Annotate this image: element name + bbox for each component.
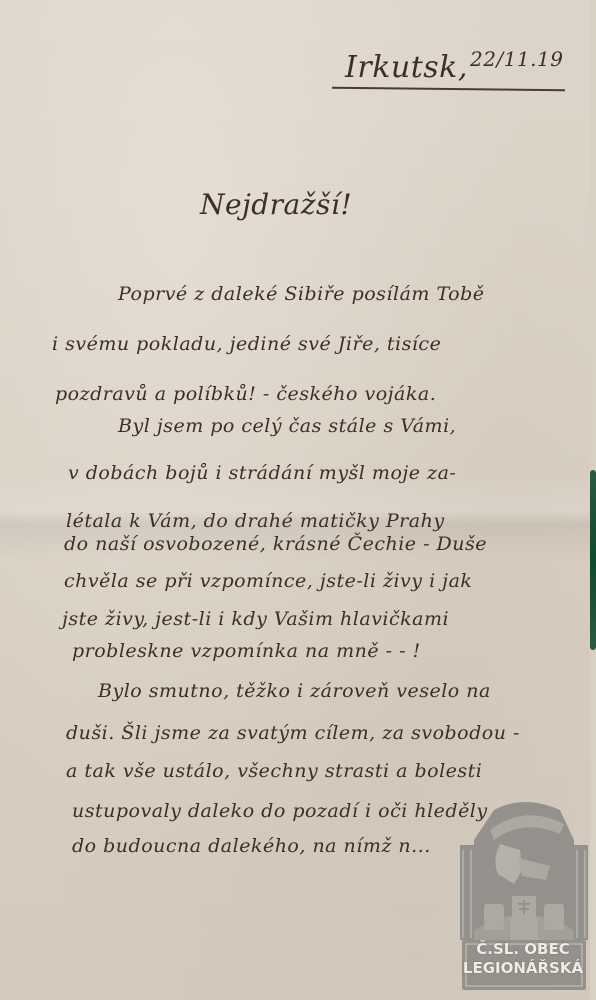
letter-date: 22/11.19 (470, 47, 563, 71)
letter-line: Byl jsem po celý čas stále s Vámi, (118, 415, 456, 437)
letter-line: i svému pokladu, jediné své Jiře, tisíce (52, 333, 441, 355)
letter-place: Irkutsk, (345, 50, 468, 85)
letter-salutation: Nejdražší! (200, 188, 352, 221)
letter-line: ustupovaly daleko do pozadí i oči hleděl… (72, 800, 488, 822)
letter-line: duši. Šli jsme za svatým cílem, za svobo… (66, 722, 520, 744)
watermark-line2: LEGIONÁŘSKÁ (462, 959, 584, 978)
letter-line: pozdravů a políbků! - českého vojáka. (55, 383, 436, 405)
letter-line: v dobách bojů i strádání myšl moje za- (68, 462, 456, 484)
letter-line: jste živy, jest-li i kdy Vašim hlavičkam… (62, 608, 449, 630)
watermark-line1: Č.SL. OBEC (462, 940, 584, 959)
watermark-text: Č.SL. OBEC LEGIONÁŘSKÁ (462, 940, 584, 978)
letter-line: chvěla se při vzpomínce, jste-li živy i … (64, 570, 472, 592)
letter-line: a tak vše ustálo, všechny strasti a bole… (66, 760, 482, 782)
background-edge (590, 470, 596, 650)
letter-line: probleskne vzpomínka na mně - - ! (72, 640, 421, 662)
letter-line: Bylo smutno, těžko i zároveň veselo na (98, 680, 491, 702)
letter-line: do naší osvobozené, krásné Čechie - Duše (64, 533, 487, 555)
letter-line: létala k Vám, do drahé matičky Prahy (66, 510, 445, 532)
letter-line: do budoucna dalekého, na nímž n... (72, 835, 431, 857)
letter-line: Poprvé z daleké Sibiře posílám Tobě (118, 283, 485, 305)
